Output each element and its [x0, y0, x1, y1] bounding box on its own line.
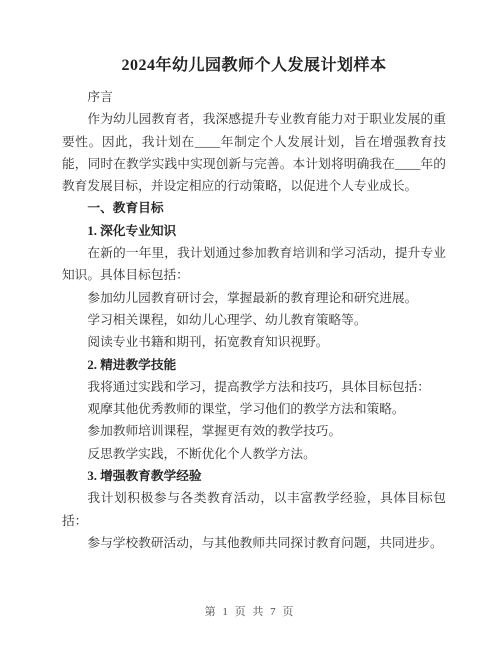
paragraph: 阅读专业书籍和期刊，拓宽教育知识视野。	[62, 331, 446, 353]
paragraph: 参加幼儿园教育研讨会，掌握最新的教育理论和研究进展。	[62, 287, 446, 309]
paragraph: 序言	[62, 86, 446, 108]
paragraph: 参加教师培训课程，掌握更有效的教学技巧。	[62, 420, 446, 442]
paragraph: 作为幼儿园教育者，我深感提升专业教育能力对于职业发展的重要性。因此，我计划在__…	[62, 108, 446, 197]
paragraph: 参与学校教研活动，与其他教师共同探讨教育问题，共同进步。	[62, 532, 446, 554]
document-title: 2024年幼儿园教师个人发展计划样本	[62, 55, 446, 77]
paragraph: 反思教学实践，不断优化个人教学方法。	[62, 443, 446, 465]
paragraph: 我计划积极参与各类教育活动，以丰富教学经验，具体目标包括：	[62, 487, 446, 532]
section-heading: 2. 精进教学技能	[62, 354, 446, 376]
section-heading: 一、教育目标	[62, 197, 446, 219]
paragraph: 在新的一年里，我计划通过参加教育培训和学习活动，提升专业知识。具体目标包括：	[62, 242, 446, 287]
paragraph: 学习相关课程，如幼儿心理学、幼儿教育策略等。	[62, 309, 446, 331]
document-page: 2024年幼儿园教师个人发展计划样本 序言作为幼儿园教育者，我深感提升专业教育能…	[0, 0, 500, 647]
page-number-label: 第 1 页 共 7 页	[205, 606, 296, 618]
page-footer: 第 1 页 共 7 页	[0, 602, 500, 620]
paragraph: 我将通过实践和学习，提高教学方法和技巧，具体目标包括：	[62, 376, 446, 398]
document-body: 序言作为幼儿园教育者，我深感提升专业教育能力对于职业发展的重要性。因此，我计划在…	[62, 86, 446, 554]
section-heading: 3. 增强教育教学经验	[62, 465, 446, 487]
paragraph: 观摩其他优秀教师的课堂，学习他们的教学方法和策略。	[62, 398, 446, 420]
section-heading: 1. 深化专业知识	[62, 220, 446, 242]
